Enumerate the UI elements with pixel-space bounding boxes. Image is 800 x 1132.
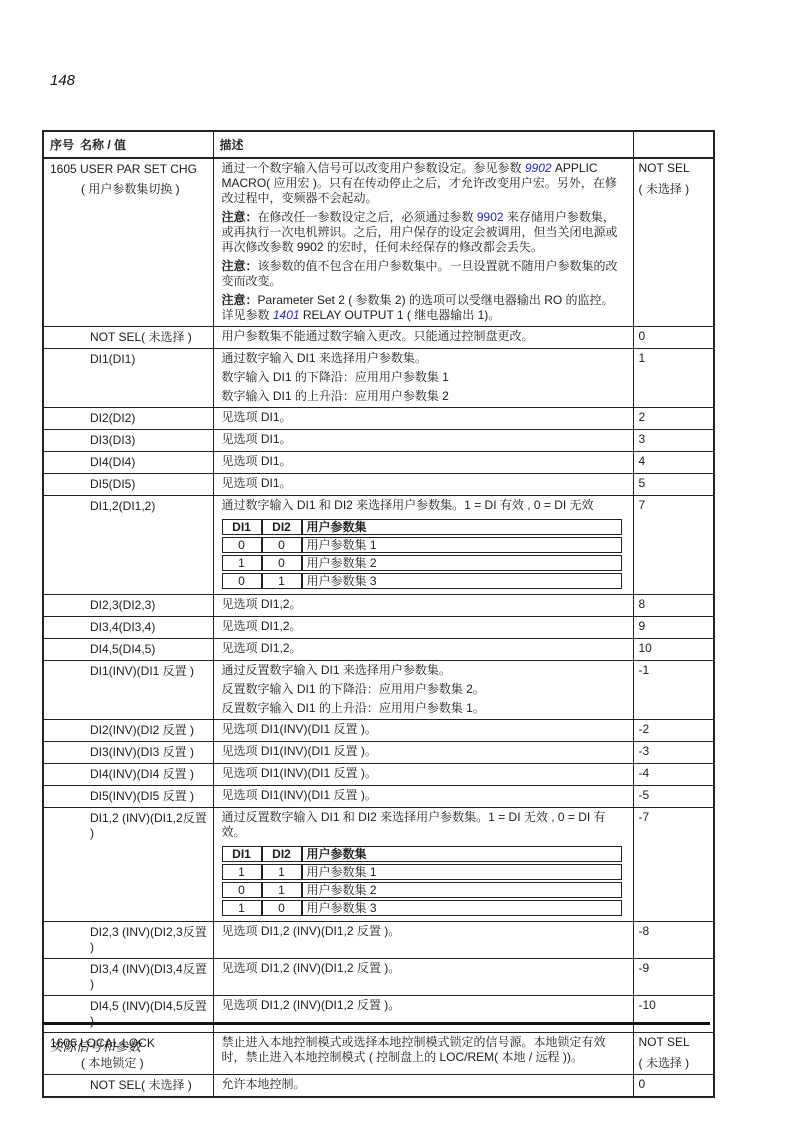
parameter-table-body: 1605USER PAR SET CHG( 用户参数集切换 )通过一个数字输入信…: [43, 158, 714, 1097]
value-text-chinese: ( 未选择 ): [639, 1056, 709, 1071]
value-cell: -2: [633, 720, 714, 742]
di-table-cell: 1: [222, 864, 262, 880]
description-cell: 见选项 DI1。: [213, 474, 633, 496]
parameter-table: 序号名称 / 值 描述 1605USER PAR SET CHG( 用户参数集切…: [42, 130, 715, 1098]
description-cell: 通过数字输入 DI1 来选择用户参数集。数字输入 DI1 的下降沿：应用用户参数…: [213, 349, 633, 408]
description-text: 见选项 DI1,2。: [222, 619, 302, 633]
description-text: 见选项 DI1,2。: [222, 641, 302, 655]
value-cell: NOT SEL( 未选择 ): [633, 158, 714, 327]
description-text: 通过一个数字输入信号可以改变用户参数设定。参见参数: [222, 161, 525, 175]
value-cell: 4: [633, 452, 714, 474]
name-cell: DI3(DI3): [43, 430, 213, 452]
description-text: 见选项 DI1(INV)(DI1 反置 )。: [222, 766, 377, 780]
description-paragraph: 通过反置数字输入 DI1 来选择用户参数集。: [222, 663, 625, 678]
description-text: 通过数字输入 DI1 和 DI2 来选择用户参数集。1 = DI 有效 , 0 …: [222, 498, 594, 512]
option-name: DI1,2 (INV)(DI1,2反置 ): [90, 811, 207, 840]
name-cell: NOT SEL( 未选择 ): [43, 1075, 213, 1098]
option-row: DI3(DI3)见选项 DI1。3: [43, 430, 714, 452]
di-table-cell: 0: [262, 900, 302, 916]
description-cell: 见选项 DI1,2。: [213, 639, 633, 661]
di-table-cell: 用户参数集 1: [302, 864, 622, 880]
description-text: 见选项 DI1。: [222, 476, 292, 490]
value-text: -5: [639, 788, 709, 803]
description-cell: 用户参数集不能通过数字输入更改。只能通过控制盘更改。: [213, 327, 633, 349]
value-text: -7: [639, 810, 709, 825]
option-name: DI4(INV)(DI4 反置 ): [90, 767, 194, 781]
value-text: -8: [639, 924, 709, 939]
value-cell: 8: [633, 595, 714, 617]
note-label: 注意：: [222, 293, 258, 307]
description-text: 见选项 DI1。: [222, 432, 292, 446]
di-table-cell: 0: [222, 882, 262, 898]
di-table-row: 00用户参数集 1: [222, 537, 622, 553]
description-cell: 见选项 DI1。: [213, 408, 633, 430]
option-row: DI5(INV)(DI5 反置 )见选项 DI1(INV)(DI1 反置 )。-…: [43, 786, 714, 808]
di-table-row: 10用户参数集 2: [222, 555, 622, 571]
description-paragraph: 见选项 DI1。: [222, 432, 625, 447]
option-row: DI2(DI2)见选项 DI1。2: [43, 408, 714, 430]
value-text: -10: [639, 998, 709, 1013]
di-table-cell: 0: [222, 537, 262, 553]
description-cell: 见选项 DI1,2。: [213, 595, 633, 617]
description-paragraph: 见选项 DI1(INV)(DI1 反置 )。: [222, 722, 625, 737]
value-cell: 2: [633, 408, 714, 430]
di-table-cell: 用户参数集 3: [302, 900, 622, 916]
value-text: -2: [639, 722, 709, 737]
description-paragraph: 见选项 DI1。: [222, 410, 625, 425]
value-cell: 0: [633, 1075, 714, 1098]
di-table-header-cell: DI2: [262, 519, 302, 535]
value-cell: -3: [633, 742, 714, 764]
option-name: DI2,3 (INV)(DI2,3反置 ): [90, 925, 207, 954]
param-row: 1605USER PAR SET CHG( 用户参数集切换 )通过一个数字输入信…: [43, 158, 714, 327]
option-row: DI4,5 (INV)(DI4,5反置 )见选项 DI1,2 (INV)(DI1…: [43, 996, 714, 1033]
di-table-header-cell: DI2: [262, 846, 302, 862]
description-paragraph: 见选项 DI1,2 (INV)(DI1,2 反置 )。: [222, 924, 625, 939]
di-table-header-row: DI1DI2用户参数集: [222, 519, 622, 535]
description-cell: 见选项 DI1(INV)(DI1 反置 )。: [213, 786, 633, 808]
value-text: NOT SEL: [639, 1035, 709, 1050]
value-cell: 0: [633, 327, 714, 349]
description-text: 在修改任一参数设定之后，必须通过参数: [258, 210, 477, 224]
description-cell: 见选项 DI1(INV)(DI1 反置 )。: [213, 742, 633, 764]
description-cell: 允许本地控制。: [213, 1075, 633, 1098]
value-text: 8: [639, 597, 709, 612]
value-text: 0: [639, 329, 709, 344]
option-row: DI2,3(DI2,3)见选项 DI1,2。8: [43, 595, 714, 617]
option-name: DI3(INV)(DI3 反置 ): [90, 745, 194, 759]
footer-chapter-title: 实际信号和参数: [50, 1036, 141, 1055]
table-header-row: 序号名称 / 值 描述: [43, 131, 714, 158]
param-link[interactable]: 9902: [525, 161, 552, 175]
param-number: 1605: [50, 162, 80, 177]
value-cell: -10: [633, 996, 714, 1033]
option-row: DI1,2 (INV)(DI1,2反置 )通过反置数字输入 DI1 和 DI2 …: [43, 808, 714, 922]
description-paragraph: 注意：在修改任一参数设定之后，必须通过参数 9902 来存储用户参数集，或再执行…: [222, 210, 625, 255]
di-table-cell: 0: [262, 555, 302, 571]
description-paragraph: 见选项 DI1。: [222, 454, 625, 469]
description-text: 见选项 DI1,2 (INV)(DI1,2 反置 )。: [222, 998, 401, 1012]
name-cell: DI2(INV)(DI2 反置 ): [43, 720, 213, 742]
description-cell: 见选项 DI1(INV)(DI1 反置 )。: [213, 720, 633, 742]
description-paragraph: 见选项 DI1(INV)(DI1 反置 )。: [222, 788, 625, 803]
name-cell: DI3,4 (INV)(DI3,4反置 ): [43, 959, 213, 996]
name-cell: DI1(INV)(DI1 反置 ): [43, 661, 213, 720]
description-text: 见选项 DI1,2 (INV)(DI1,2 反置 )。: [222, 924, 401, 938]
option-name: DI4(DI4): [90, 455, 135, 469]
description-text: 见选项 DI1(INV)(DI1 反置 )。: [222, 744, 377, 758]
option-name: DI1,2(DI1,2): [90, 499, 155, 513]
di-selection-table: DI1DI2用户参数集00用户参数集 110用户参数集 201用户参数集 3: [222, 517, 622, 591]
di-table-row: 01用户参数集 2: [222, 882, 622, 898]
name-cell: DI1(DI1): [43, 349, 213, 408]
description-cell: 通过一个数字输入信号可以改变用户参数设定。参见参数 9902 APPLIC MA…: [213, 158, 633, 327]
value-text: 7: [639, 498, 709, 513]
option-row: DI1,2(DI1,2)通过数字输入 DI1 和 DI2 来选择用户参数集。1 …: [43, 496, 714, 595]
name-cell: 1605USER PAR SET CHG( 用户参数集切换 ): [43, 158, 213, 327]
value-cell: 5: [633, 474, 714, 496]
option-name: DI2,3(DI2,3): [90, 598, 155, 612]
value-text: -3: [639, 744, 709, 759]
description-paragraph: 见选项 DI1(INV)(DI1 反置 )。: [222, 744, 625, 759]
description-text: 见选项 DI1(INV)(DI1 反置 )。: [222, 722, 377, 736]
description-paragraph: 禁止进入本地控制模式或选择本地控制模式锁定的信号源。本地锁定有效时，禁止进入本地…: [222, 1035, 625, 1065]
value-text: 4: [639, 454, 709, 469]
page-number: 148: [50, 72, 75, 89]
option-name: DI3,4 (INV)(DI3,4反置 ): [90, 962, 207, 991]
value-text: 3: [639, 432, 709, 447]
value-cell: 3: [633, 430, 714, 452]
option-row: DI4,5(DI4,5)见选项 DI1,2。10: [43, 639, 714, 661]
header-name-cell: 序号名称 / 值: [43, 131, 213, 158]
description-paragraph: 反置数字输入 DI1 的下降沿：应用用户参数集 2。: [222, 682, 625, 697]
option-row: DI2(INV)(DI2 反置 )见选项 DI1(INV)(DI1 反置 )。-…: [43, 720, 714, 742]
description-cell: 见选项 DI1,2 (INV)(DI1,2 反置 )。: [213, 996, 633, 1033]
param-name-chinese: ( 本地锁定 ): [81, 1056, 209, 1071]
option-row: NOT SEL( 未选择 )用户参数集不能通过数字输入更改。只能通过控制盘更改。…: [43, 327, 714, 349]
param-link[interactable]: 9902: [477, 210, 504, 224]
name-cell: DI2(DI2): [43, 408, 213, 430]
di-table-cell: 用户参数集 3: [302, 573, 622, 589]
description-text: 数字输入 DI1 的下降沿：应用用户参数集 1: [222, 370, 449, 384]
option-name: DI3(DI3): [90, 433, 135, 447]
description-paragraph: 通过数字输入 DI1 来选择用户参数集。: [222, 351, 625, 366]
value-cell: -7: [633, 808, 714, 922]
param-link[interactable]: 1401: [273, 308, 300, 322]
option-row: DI3(INV)(DI3 反置 )见选项 DI1(INV)(DI1 反置 )。-…: [43, 742, 714, 764]
description-cell: 见选项 DI1。: [213, 430, 633, 452]
description-paragraph: 通过一个数字输入信号可以改变用户参数设定。参见参数 9902 APPLIC MA…: [222, 161, 625, 206]
param-name: USER PAR SET CHG: [80, 162, 197, 176]
option-name: DI2(DI2): [90, 411, 135, 425]
name-cell: DI4,5 (INV)(DI4,5反置 ): [43, 996, 213, 1033]
description-text: 通过反置数字输入 DI1 来选择用户参数集。: [222, 663, 451, 677]
description-text: 数字输入 DI1 的上升沿：应用用户参数集 2: [222, 389, 449, 403]
name-cell: DI4(DI4): [43, 452, 213, 474]
di-table-cell: 1: [262, 882, 302, 898]
header-value-cell: [633, 131, 714, 158]
description-paragraph: 反置数字输入 DI1 的上升沿：应用用户参数集 1。: [222, 701, 625, 716]
value-text: -9: [639, 961, 709, 976]
description-paragraph: 允许本地控制。: [222, 1077, 625, 1092]
option-name: DI1(DI1): [90, 352, 135, 366]
value-text: 1: [639, 351, 709, 366]
value-cell: NOT SEL( 未选择 ): [633, 1033, 714, 1075]
name-cell: NOT SEL( 未选择 ): [43, 327, 213, 349]
name-cell: DI3,4(DI3,4): [43, 617, 213, 639]
value-cell: -8: [633, 922, 714, 959]
description-text: 反置数字输入 DI1 的下降沿：应用用户参数集 2。: [222, 682, 485, 696]
di-table-header-cell: 用户参数集: [302, 519, 622, 535]
description-text: 见选项 DI1。: [222, 410, 292, 424]
description-paragraph: 通过数字输入 DI1 和 DI2 来选择用户参数集。1 = DI 有效 , 0 …: [222, 498, 625, 513]
name-cell: DI4(INV)(DI4 反置 ): [43, 764, 213, 786]
note-label: 注意：: [222, 210, 258, 224]
di-table-header-cell: DI1: [222, 846, 262, 862]
option-row: DI5(DI5)见选项 DI1。5: [43, 474, 714, 496]
di-table-cell: 1: [262, 864, 302, 880]
description-cell: 见选项 DI1。: [213, 452, 633, 474]
description-text: 反置数字输入 DI1 的上升沿：应用用户参数集 1。: [222, 701, 485, 715]
value-cell: -1: [633, 661, 714, 720]
option-row: NOT SEL( 未选择 )允许本地控制。0: [43, 1075, 714, 1098]
param-name-chinese: ( 用户参数集切换 ): [81, 182, 209, 197]
value-cell: -4: [633, 764, 714, 786]
di-table-cell: 1: [262, 573, 302, 589]
option-name: DI3,4(DI3,4): [90, 620, 155, 634]
option-row: DI4(INV)(DI4 反置 )见选项 DI1(INV)(DI1 反置 )。-…: [43, 764, 714, 786]
option-name: DI5(INV)(DI5 反置 ): [90, 789, 194, 803]
description-paragraph: 见选项 DI1,2。: [222, 641, 625, 656]
name-cell: DI3(INV)(DI3 反置 ): [43, 742, 213, 764]
name-cell: DI2,3(DI2,3): [43, 595, 213, 617]
di-table-cell: 1: [222, 900, 262, 916]
name-cell: DI1,2 (INV)(DI1,2反置 ): [43, 808, 213, 922]
description-cell: 见选项 DI1,2 (INV)(DI1,2 反置 )。: [213, 959, 633, 996]
description-paragraph: 数字输入 DI1 的下降沿：应用用户参数集 1: [222, 370, 625, 385]
note-label: 注意：: [222, 259, 258, 273]
header-name-label: 名称 / 值: [80, 138, 126, 152]
description-text: 允许本地控制。: [222, 1077, 306, 1091]
di-table-cell: 0: [222, 573, 262, 589]
name-cell: DI5(INV)(DI5 反置 ): [43, 786, 213, 808]
description-paragraph: 见选项 DI1,2 (INV)(DI1,2 反置 )。: [222, 998, 625, 1013]
option-name: DI2(INV)(DI2 反置 ): [90, 723, 194, 737]
value-text: -1: [639, 663, 709, 678]
di-table-row: 01用户参数集 3: [222, 573, 622, 589]
description-text: 见选项 DI1,2。: [222, 597, 302, 611]
description-cell: 通过反置数字输入 DI1 来选择用户参数集。反置数字输入 DI1 的下降沿：应用…: [213, 661, 633, 720]
value-cell: 7: [633, 496, 714, 595]
description-cell: 见选项 DI1,2 (INV)(DI1,2 反置 )。: [213, 922, 633, 959]
option-name: DI5(DI5): [90, 477, 135, 491]
di-table-row: 10用户参数集 3: [222, 900, 622, 916]
option-name: NOT SEL( 未选择 ): [90, 330, 192, 344]
di-table-header-cell: DI1: [222, 519, 262, 535]
description-cell: 通过数字输入 DI1 和 DI2 来选择用户参数集。1 = DI 有效 , 0 …: [213, 496, 633, 595]
option-row: DI4(DI4)见选项 DI1。4: [43, 452, 714, 474]
di-table-header-row: DI1DI2用户参数集: [222, 846, 622, 862]
di-table-cell: 0: [262, 537, 302, 553]
description-text: 用户参数集不能通过数字输入更改。只能通过控制盘更改。: [222, 329, 534, 343]
description-paragraph: 见选项 DI1,2。: [222, 619, 625, 634]
description-paragraph: 见选项 DI1。: [222, 476, 625, 491]
value-text: NOT SEL: [639, 161, 709, 176]
header-number-label: 序号: [50, 136, 80, 153]
value-text: 10: [639, 641, 709, 656]
description-text: 见选项 DI1(INV)(DI1 反置 )。: [222, 788, 377, 802]
description-cell: 通过反置数字输入 DI1 和 DI2 来选择用户参数集。1 = DI 无效 , …: [213, 808, 633, 922]
footer-rule: [42, 1022, 710, 1025]
value-text: 5: [639, 476, 709, 491]
description-paragraph: 见选项 DI1(INV)(DI1 反置 )。: [222, 766, 625, 781]
option-row: DI3,4(DI3,4)见选项 DI1,2。9: [43, 617, 714, 639]
di-table-row: 11用户参数集 1: [222, 864, 622, 880]
value-text: 9: [639, 619, 709, 634]
description-text: 禁止进入本地控制模式或选择本地控制模式锁定的信号源。本地锁定有效时，禁止进入本地…: [222, 1035, 606, 1064]
option-name: DI1(INV)(DI1 反置 ): [90, 664, 194, 678]
description-text: 见选项 DI1,2 (INV)(DI1,2 反置 )。: [222, 961, 401, 975]
di-table-cell: 用户参数集 2: [302, 555, 622, 571]
name-cell: DI4,5(DI4,5): [43, 639, 213, 661]
name-cell: DI2,3 (INV)(DI2,3反置 ): [43, 922, 213, 959]
value-text-chinese: ( 未选择 ): [639, 182, 709, 197]
description-paragraph: 见选项 DI1,2 (INV)(DI1,2 反置 )。: [222, 961, 625, 976]
value-cell: -9: [633, 959, 714, 996]
di-table-header-cell: 用户参数集: [302, 846, 622, 862]
option-row: DI3,4 (INV)(DI3,4反置 )见选项 DI1,2 (INV)(DI1…: [43, 959, 714, 996]
value-cell: 1: [633, 349, 714, 408]
header-desc-cell: 描述: [213, 131, 633, 158]
value-text: 0: [639, 1077, 709, 1092]
description-paragraph: 数字输入 DI1 的上升沿：应用用户参数集 2: [222, 389, 625, 404]
value-cell: 9: [633, 617, 714, 639]
description-text: RELAY OUTPUT 1 ( 继电器输出 1)。: [300, 308, 501, 322]
name-cell: DI1,2(DI1,2): [43, 496, 213, 595]
di-table-cell: 1: [222, 555, 262, 571]
option-row: DI2,3 (INV)(DI2,3反置 )见选项 DI1,2 (INV)(DI1…: [43, 922, 714, 959]
di-table-cell: 用户参数集 2: [302, 882, 622, 898]
di-selection-table: DI1DI2用户参数集11用户参数集 101用户参数集 210用户参数集 3: [222, 844, 622, 918]
description-paragraph: 见选项 DI1,2。: [222, 597, 625, 612]
di-table-cell: 用户参数集 1: [302, 537, 622, 553]
name-cell: DI5(DI5): [43, 474, 213, 496]
param-row: 1606LOCAL LOCK( 本地锁定 )禁止进入本地控制模式或选择本地控制模…: [43, 1033, 714, 1075]
value-text: -4: [639, 766, 709, 781]
description-cell: 禁止进入本地控制模式或选择本地控制模式锁定的信号源。本地锁定有效时，禁止进入本地…: [213, 1033, 633, 1075]
option-row: DI1(DI1)通过数字输入 DI1 来选择用户参数集。数字输入 DI1 的下降…: [43, 349, 714, 408]
option-row: DI1(INV)(DI1 反置 )通过反置数字输入 DI1 来选择用户参数集。反…: [43, 661, 714, 720]
description-text: 该参数的值不包含在用户参数集中。一旦设置就不随用户参数集的改变而改变。: [222, 259, 618, 288]
description-text: 通过数字输入 DI1 来选择用户参数集。: [222, 351, 427, 365]
value-text: 2: [639, 410, 709, 425]
description-cell: 见选项 DI1(INV)(DI1 反置 )。: [213, 764, 633, 786]
value-cell: 10: [633, 639, 714, 661]
description-text: 见选项 DI1。: [222, 454, 292, 468]
option-name: NOT SEL( 未选择 ): [90, 1078, 192, 1092]
description-paragraph: 通过反置数字输入 DI1 和 DI2 来选择用户参数集。1 = DI 无效 , …: [222, 810, 625, 840]
description-text: 通过反置数字输入 DI1 和 DI2 来选择用户参数集。1 = DI 无效 , …: [222, 810, 606, 839]
description-paragraph: 用户参数集不能通过数字输入更改。只能通过控制盘更改。: [222, 329, 625, 344]
value-cell: -5: [633, 786, 714, 808]
description-paragraph: 注意：该参数的值不包含在用户参数集中。一旦设置就不随用户参数集的改变而改变。: [222, 259, 625, 289]
description-cell: 见选项 DI1,2。: [213, 617, 633, 639]
option-name: DI4,5(DI4,5): [90, 642, 155, 656]
description-paragraph: 注意：Parameter Set 2 ( 参数集 2) 的选项可以受继电器输出 …: [222, 293, 625, 323]
